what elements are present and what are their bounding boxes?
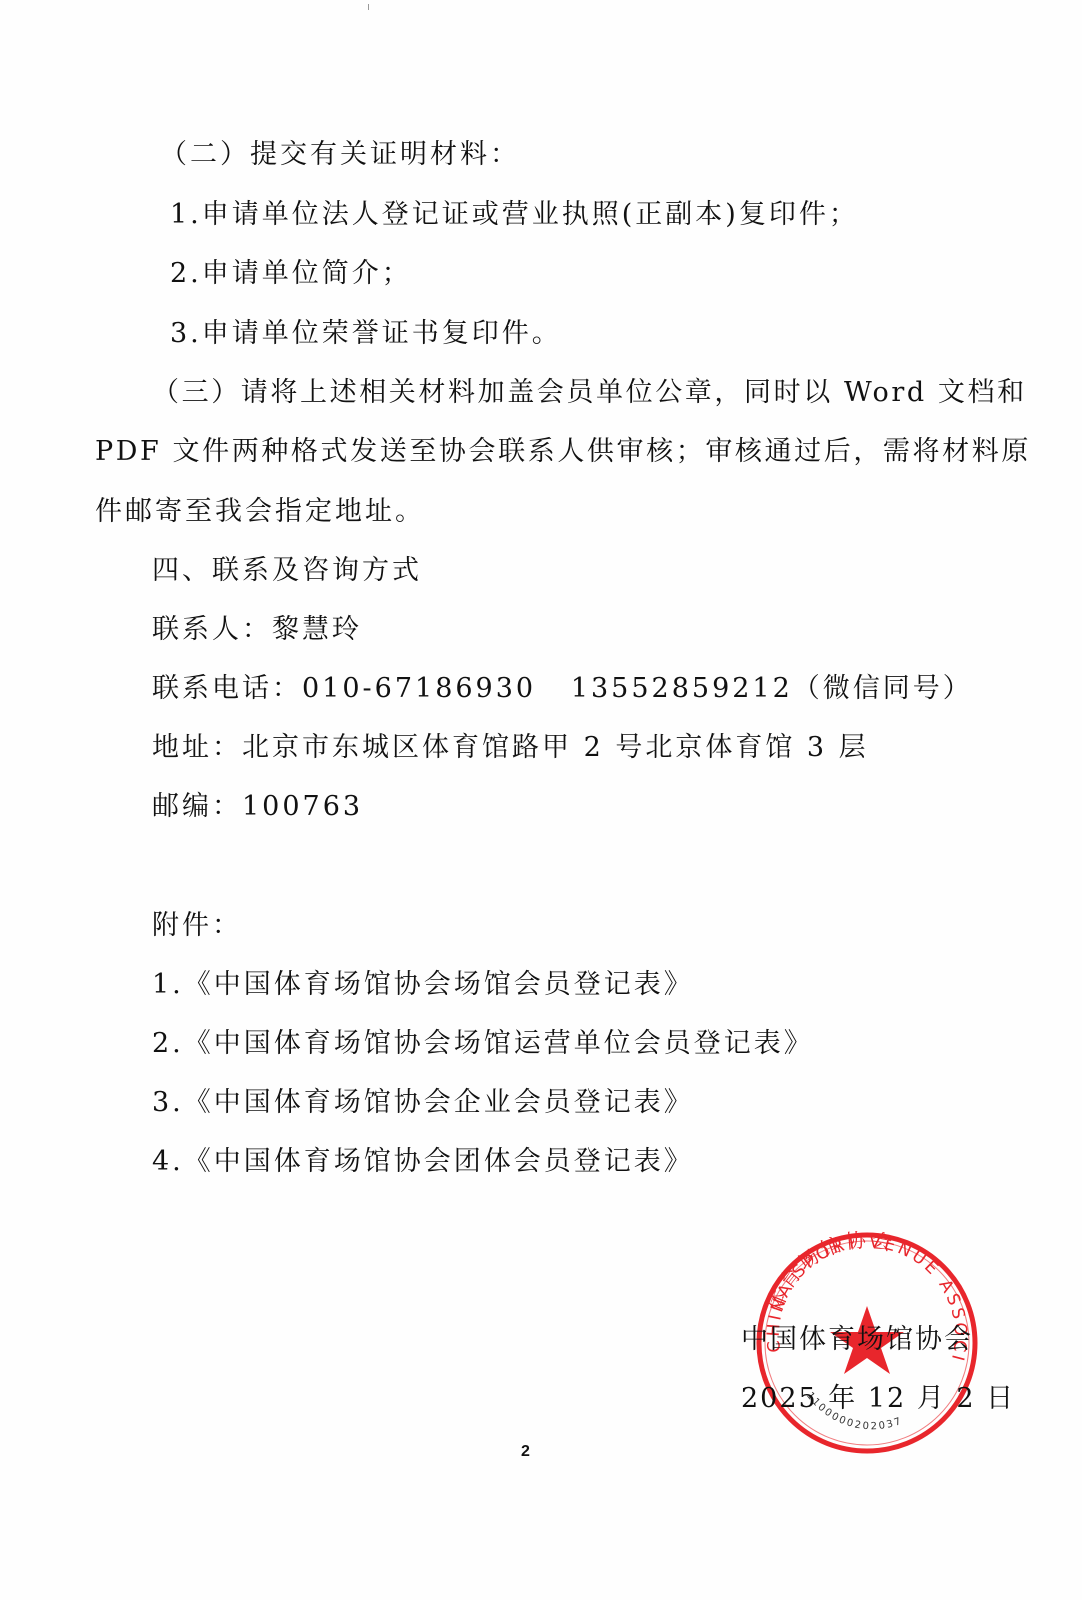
section-2-title: （二）提交有关证明材料： xyxy=(160,137,520,173)
page-number: 2 xyxy=(521,1443,530,1461)
signature-date: 2025 年 12 月 2 日 xyxy=(741,1381,1015,1417)
attachment-item-3: 3.《中国体育场馆协会企业会员登记表》 xyxy=(152,1085,694,1121)
contact-heading: 四、联系及咨询方式 xyxy=(152,553,422,589)
material-item-3: 3.申请单位荣誉证书复印件。 xyxy=(170,316,562,352)
section-3-line-1: （三）请将上述相关材料加盖会员单位公章，同时以 Word 文档和 xyxy=(152,375,1027,411)
stamp-inner-text: 体育场馆协会 xyxy=(754,1228,907,1317)
attachment-item-1: 1.《中国体育场馆协会场馆会员登记表》 xyxy=(152,967,694,1003)
signature-organization: 中国体育场馆协会 xyxy=(741,1322,973,1358)
contact-phone: 联系电话：010-67186930 13552859212（微信同号） xyxy=(152,671,973,707)
document-page: （二）提交有关证明材料： 1.申请单位法人登记证或营业执照(正副本)复印件； 2… xyxy=(0,0,1082,1600)
scan-artifact xyxy=(368,4,369,10)
contact-person: 联系人：黎慧玲 xyxy=(152,612,362,648)
attachment-item-4: 4.《中国体育场馆协会团体会员登记表》 xyxy=(152,1144,694,1180)
section-3-line-3: 件邮寄至我会指定地址。 xyxy=(95,494,425,530)
section-3-line-2: PDF 文件两种格式发送至协会联系人供审核；审核通过后，需将材料原 xyxy=(95,434,1031,470)
material-item-2: 2.申请单位简介； xyxy=(170,256,412,292)
address: 地址：北京市东城区体育馆路甲 2 号北京体育馆 3 层 xyxy=(152,730,869,766)
postcode: 邮编：100763 xyxy=(152,789,363,825)
attachment-item-2: 2.《中国体育场馆协会场馆运营单位会员登记表》 xyxy=(152,1026,814,1062)
attachments-label: 附件： xyxy=(152,908,242,944)
material-item-1: 1.申请单位法人登记证或营业执照(正副本)复印件； xyxy=(170,197,859,233)
